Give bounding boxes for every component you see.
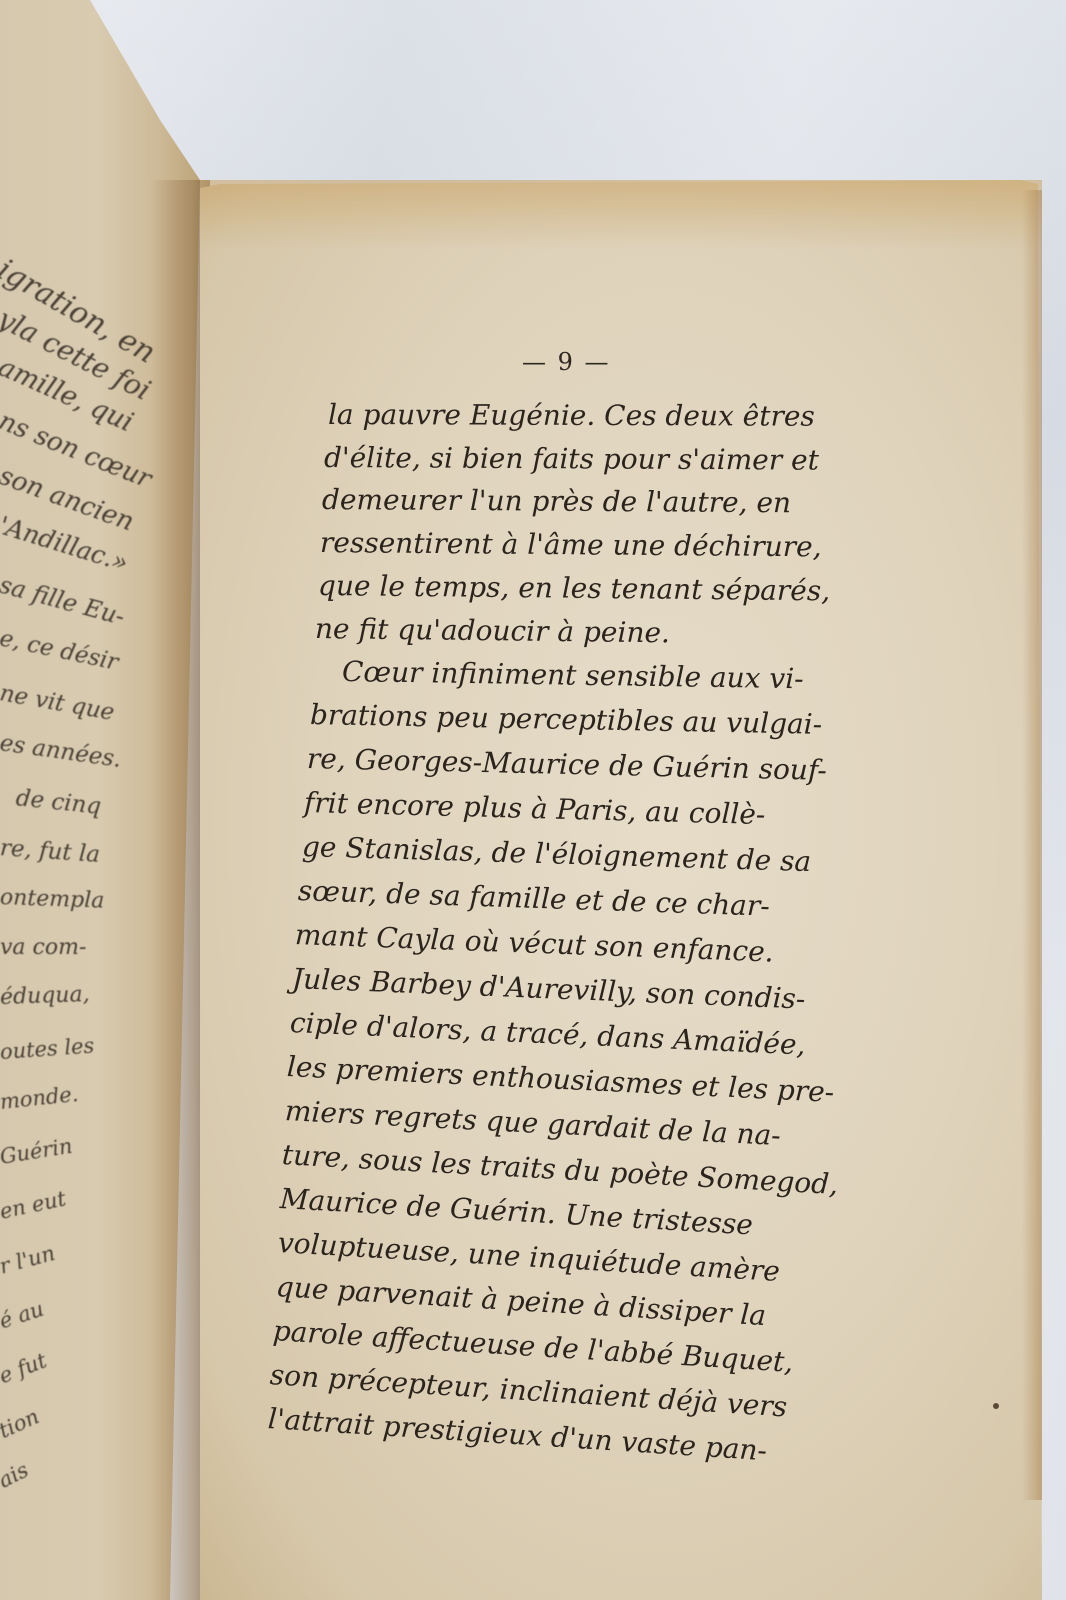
text-line: Jules Barbey d'Aurevilly, son condis- xyxy=(291,962,806,1016)
text-line: frit encore plus à Paris, au collè- xyxy=(304,786,766,831)
left-fragment: ne vit que xyxy=(0,680,116,726)
left-fragment: outes les xyxy=(0,1033,95,1064)
text-line: ressentirent à l'âme une déchirure, xyxy=(320,526,822,563)
paper-speck xyxy=(993,1403,999,1409)
left-fragment: va com- xyxy=(0,935,86,960)
left-fragment: é au xyxy=(0,1297,47,1334)
text-line: mant Cayla où vécut son enfance. xyxy=(294,918,774,969)
text-line: Cœur infiniment sensible aux vi- xyxy=(342,655,804,695)
text-line: brations peu perceptibles au vulgai- xyxy=(310,698,823,741)
page-top-edge-stain xyxy=(200,180,1042,250)
page-number: — 9 — xyxy=(522,348,611,376)
left-fragment: ontempla xyxy=(0,885,105,914)
left-fragment: sa fille Eu- xyxy=(0,570,128,630)
text-line: ge Stanislas, de l'éloignement de sa xyxy=(302,830,812,878)
left-fragment: tion xyxy=(0,1404,43,1443)
text-line: demeurer l'un près de l'autre, en xyxy=(322,483,791,519)
page-right-edge xyxy=(1022,190,1042,1500)
left-page-text: igration, en yla cette foi amille, qui n… xyxy=(0,0,150,1600)
left-fragment: r l'un xyxy=(0,1241,57,1279)
left-fragment: éduqua, xyxy=(0,982,90,1010)
left-fragment: de cinq xyxy=(15,785,103,820)
text-line: d'élite, si bien faits pour s'aimer et xyxy=(324,441,819,477)
page-text-block: — 9 — la pauvre Eugénie. Ces deux êtres … xyxy=(260,340,860,1500)
left-fragment: Guérin xyxy=(0,1134,74,1169)
text-line: la pauvre Eugénie. Ces deux êtres xyxy=(328,398,815,433)
text-line: que le temps, en les tenant séparés, xyxy=(318,569,830,607)
left-fragment: es années. xyxy=(0,730,123,773)
left-fragment: ais xyxy=(0,1458,32,1493)
left-fragment: monde. xyxy=(0,1082,79,1114)
text-line: ne fit qu'adoucir à peine. xyxy=(315,612,670,649)
left-fragment: re, fut la xyxy=(0,835,101,868)
left-fragment: en eut xyxy=(0,1186,68,1223)
text-line: re, Georges-Maurice de Guérin souf- xyxy=(307,742,827,787)
text-line: sœur, de sa famille et de ce char- xyxy=(297,874,770,923)
left-fragment: e, ce désir xyxy=(0,625,121,675)
left-fragment: e fut xyxy=(0,1348,50,1388)
